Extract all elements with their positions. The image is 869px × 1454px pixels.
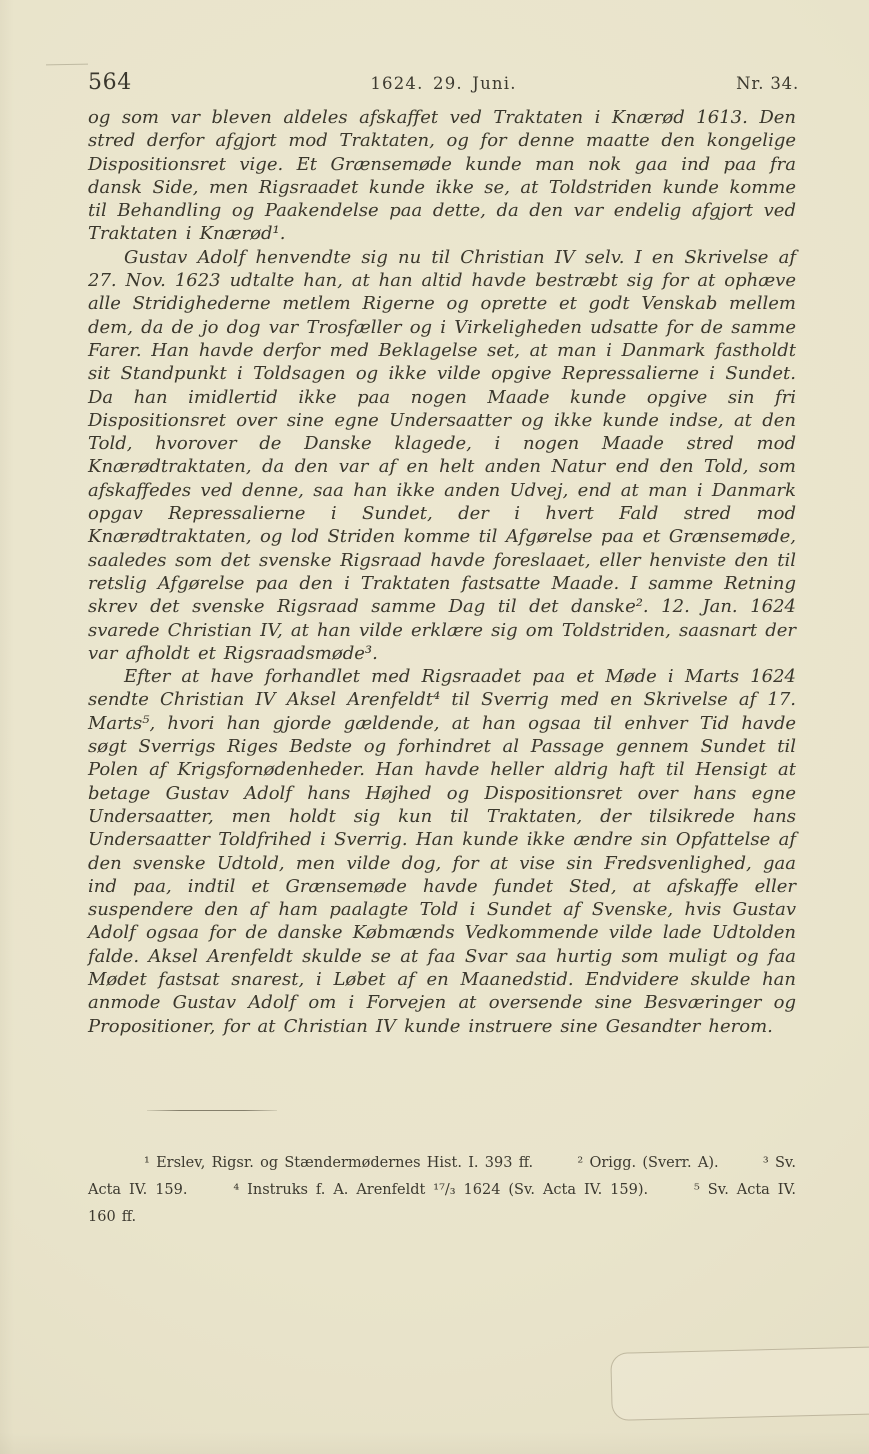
footnote-divider <box>147 1110 277 1111</box>
paragraph: Gustav Adolf henvendte sig nu til Christ… <box>88 246 796 665</box>
paper-scratch-mark <box>46 64 88 66</box>
footnote: ² Origg. (Sverr. A). <box>577 1155 718 1171</box>
paragraph: og som var bleven aldeles afskaffet ved … <box>88 106 796 246</box>
paper-slip-outline <box>610 1345 869 1421</box>
paragraph: Efter at have forhandlet med Rigsraadet … <box>88 665 796 1038</box>
book-page: 564 1624. 29. Juni. Nr. 34. og som var b… <box>0 0 869 1454</box>
page-number: 564 <box>88 70 258 95</box>
footnotes: ¹ Erslev, Rigsr. og Stændermødernes Hist… <box>88 1150 796 1231</box>
main-text: og som var bleven aldeles afskaffet ved … <box>88 106 796 1038</box>
document-number: Nr. 34. <box>629 74 799 93</box>
footnote: ⁴ Instruks f. A. Arenfeldt ¹⁷/₃ 1624 (Sv… <box>233 1182 648 1198</box>
running-head-date: 1624. 29. Juni. <box>258 74 629 93</box>
footnote: ¹ Erslev, Rigsr. og Stændermødernes Hist… <box>144 1155 533 1171</box>
page-header: 564 1624. 29. Juni. Nr. 34. <box>88 70 799 95</box>
